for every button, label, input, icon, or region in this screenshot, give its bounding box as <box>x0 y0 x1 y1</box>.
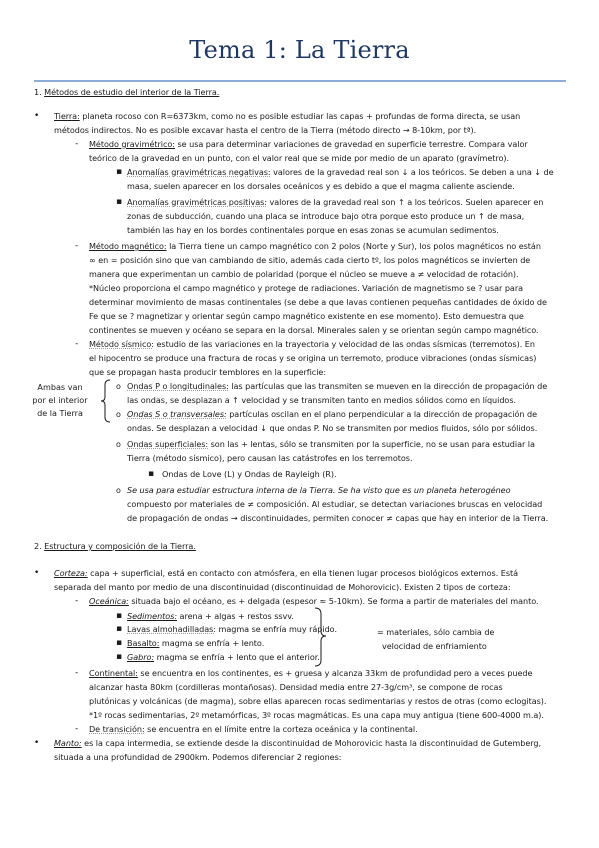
section-title: Métodos de estudio del interior de la Ti… <box>44 87 219 97</box>
term: Anomalías gravimétricas negativas: <box>127 167 271 177</box>
circle-bullet-icon: o <box>116 439 121 450</box>
dash-icon: - <box>75 668 78 679</box>
magnetico-line-5: determinar movimiento de masas continent… <box>89 297 547 308</box>
square-bullet-icon: ▪ <box>116 611 122 622</box>
uso-line-1: Se usa para estudiar estructura interna … <box>127 485 511 496</box>
text: es la capa intermedia, se extiende desde… <box>82 738 541 748</box>
tierra-line-1: Tierra: planeta rocoso con R=6373km, com… <box>54 111 520 122</box>
circle-bullet-icon: o <box>116 485 121 496</box>
term: Basalto: <box>127 638 159 648</box>
term: Corteza: <box>54 568 88 578</box>
magnetico-line-3: manera que experimentan un cambio de pol… <box>89 269 519 280</box>
title-rule <box>34 80 566 82</box>
magnetico-line-4: *Núcleo proporciona el campo magnético y… <box>89 283 523 294</box>
positivas-line-2: zonas de subducción, cuando una placa se… <box>127 211 524 222</box>
continental-line-4: *1º rocas sedimentarias, 2º metamórficas… <box>89 710 544 721</box>
term: Lavas almohadilladas: <box>127 624 216 634</box>
sismico-line-3: que se propagan hasta producir temblores… <box>89 367 326 378</box>
section-title: Estructura y composición de la Tierra. <box>44 541 196 551</box>
transicion-line: De transición: se encuentra en el límite… <box>89 724 418 735</box>
document-page: Tema 1: La Tierra 1. Métodos de estudio … <box>0 0 599 848</box>
uso-line-3: de propagación de ondas → discontinuidad… <box>127 513 548 524</box>
ondas-p-line-1: Ondas P o longitudinales: las partículas… <box>127 381 547 392</box>
term: Oceánica: <box>89 596 129 606</box>
term: Método magnético: <box>89 241 167 251</box>
side-note-line: por el interior <box>22 394 98 407</box>
circle-bullet-icon: o <box>116 409 121 420</box>
text: valores de la gravedad real son ↑ a los … <box>267 197 543 207</box>
oceanica-line-1: Oceánica: situada bajo el océano, es + d… <box>89 596 539 607</box>
oceanica-item: Gabro: magma se enfría + lento que el an… <box>127 652 320 663</box>
text: la Tierra tiene un campo magnético con 2… <box>167 241 541 251</box>
superficiales-line-2: Tierra (método sísmico), pero causan las… <box>127 453 413 464</box>
superficiales-sub: Ondas de Love (L) y Ondas de Rayleigh (R… <box>162 469 337 480</box>
oceanica-item: Lavas almohadilladas: magma se enfría mu… <box>127 624 337 635</box>
sismico-line-2: el hipocentro se produce una fractura de… <box>89 353 536 364</box>
gravimetrico-line-1: Método gravimétrico: se usa para determi… <box>89 139 528 150</box>
oceanica-item: Sedimentos: arena + algas + restos ssvv. <box>127 611 294 622</box>
negativas-line-2: masa, suelen aparecer en los dorsales oc… <box>127 181 515 192</box>
section-number: 2. <box>34 541 42 551</box>
bullet-disc-icon: • <box>34 568 39 579</box>
side-note: Ambas van por el interior de la Tierra <box>22 381 98 420</box>
oceanica-item: Basalto: magma se enfría + lento. <box>127 638 264 649</box>
text: se encuentra en los continentes, es + gr… <box>138 668 533 678</box>
corteza-line-1: Corteza: capa + superficial, está en con… <box>54 568 518 579</box>
square-bullet-icon: ▪ <box>116 638 122 649</box>
negativas-line-1: Anomalías gravimétricas negativas: valor… <box>127 167 554 178</box>
manto-line-2: situada a una profundidad de 2900km. Pod… <box>54 752 341 763</box>
text: se encuentra en el límite entre la corte… <box>145 724 418 734</box>
left-brace-icon <box>100 379 112 423</box>
term: Gabro: <box>127 652 154 662</box>
magnetico-line-7: continentes se mueven y océano se separa… <box>89 325 539 336</box>
continental-line-1: Continental: se encuentra en los contine… <box>89 668 532 679</box>
text: magma se enfría + lento. <box>159 638 264 648</box>
corteza-line-2: separada del manto por medio de una disc… <box>54 582 511 593</box>
text: se usa para determinar variaciones de gr… <box>175 139 528 149</box>
term: Anomalías gravimétricas positivas: <box>127 197 267 207</box>
term: Ondas P o longitudinales: <box>127 381 229 391</box>
text: magma se enfría + lento que el anterior. <box>154 652 320 662</box>
uso-line-2: compuesto por materiales de ≠ composició… <box>127 499 542 510</box>
text: son las + lentas, sólo se transmiten por… <box>208 439 535 449</box>
superficiales-line-1: Ondas superficiales: son las + lentas, s… <box>127 439 535 450</box>
section-2-heading: 2. Estructura y composición de la Tierra… <box>34 541 196 552</box>
positivas-line-1: Anomalías gravimétricas positivas: valor… <box>127 197 543 208</box>
dash-icon: - <box>75 596 78 607</box>
term: Método gravimétrico: <box>89 139 175 149</box>
text: estudio de las variaciones en la trayect… <box>154 339 535 349</box>
term: Método sísmico: <box>89 339 154 349</box>
magnetico-line-2: ∞ en = posición sino que van cambiando d… <box>89 255 530 266</box>
continental-line-3: plutónicas y volcánicas (de magma), sobr… <box>89 696 546 707</box>
text: planeta rocoso con R=6373km, como no es … <box>80 111 520 121</box>
square-bullet-icon: ▪ <box>116 167 122 178</box>
text: valores de la gravedad real son ↓ a los … <box>271 167 554 177</box>
magnetico-line-6: Fe que se ? magnetizar y orientar según … <box>89 311 524 322</box>
term: De transición: <box>89 724 145 734</box>
ondas-s-line-2: ondas. Se desplazan a velocidad ↓ que on… <box>127 423 537 434</box>
term: Tierra: <box>54 111 80 121</box>
side-note-line: de la Tierra <box>22 407 98 420</box>
term: Continental: <box>89 668 138 678</box>
square-bullet-icon: ▪ <box>116 197 122 208</box>
term: Sedimentos: <box>127 611 177 621</box>
ondas-p-line-2: las ondas, se desplazan a ↑ velocidad y … <box>127 395 516 406</box>
bullet-disc-icon: • <box>34 111 39 122</box>
sismico-line-1: Método sísmico: estudio de las variacion… <box>89 339 535 350</box>
brace-note-line-1: = materiales, sólo cambia de <box>377 627 494 638</box>
magnetico-line-1: Método magnético: la Tierra tiene un cam… <box>89 241 541 252</box>
gravimetrico-line-2: teórico de la gravedad en un punto, con … <box>89 153 509 164</box>
term: Ondas superficiales: <box>127 439 208 449</box>
circle-bullet-icon: o <box>116 381 121 392</box>
square-bullet-icon: ▪ <box>148 469 154 480</box>
dash-icon: - <box>75 241 78 252</box>
square-bullet-icon: ▪ <box>116 652 122 663</box>
section-1-heading: 1. Métodos de estudio del interior de la… <box>34 87 219 98</box>
page-title: Tema 1: La Tierra <box>0 36 599 64</box>
positivas-line-3: también las hay en los bordes continenta… <box>127 225 499 236</box>
continental-line-2: alcanzar hasta 80km (cordilleras montaño… <box>89 682 503 693</box>
manto-line-1: Manto: es la capa intermedia, se extiend… <box>54 738 541 749</box>
dash-icon: - <box>75 724 78 735</box>
square-bullet-icon: ▪ <box>116 624 122 635</box>
bullet-disc-icon: • <box>34 738 39 749</box>
dash-icon: - <box>75 339 78 350</box>
text: capa + superficial, está en contacto con… <box>88 568 518 578</box>
dash-icon: - <box>75 139 78 150</box>
text: situada bajo el océano, es + delgada (es… <box>129 596 539 606</box>
brace-note-line-2: velocidad de enfriamiento <box>382 641 487 652</box>
term: Ondas S o transversales: <box>127 409 227 419</box>
section-number: 1. <box>34 87 42 97</box>
term: Manto: <box>54 738 82 748</box>
text: arena + algas + restos ssvv. <box>177 611 294 621</box>
right-brace-icon <box>313 607 327 667</box>
text: partículas oscilan en el plano perpendic… <box>227 409 537 419</box>
tierra-line-2: métodos indirectos. No es posible excava… <box>54 125 476 136</box>
ondas-s-line-1: Ondas S o transversales: partículas osci… <box>127 409 537 420</box>
text: las partículas que las transmiten se mue… <box>229 381 547 391</box>
side-note-line: Ambas van <box>22 381 98 394</box>
